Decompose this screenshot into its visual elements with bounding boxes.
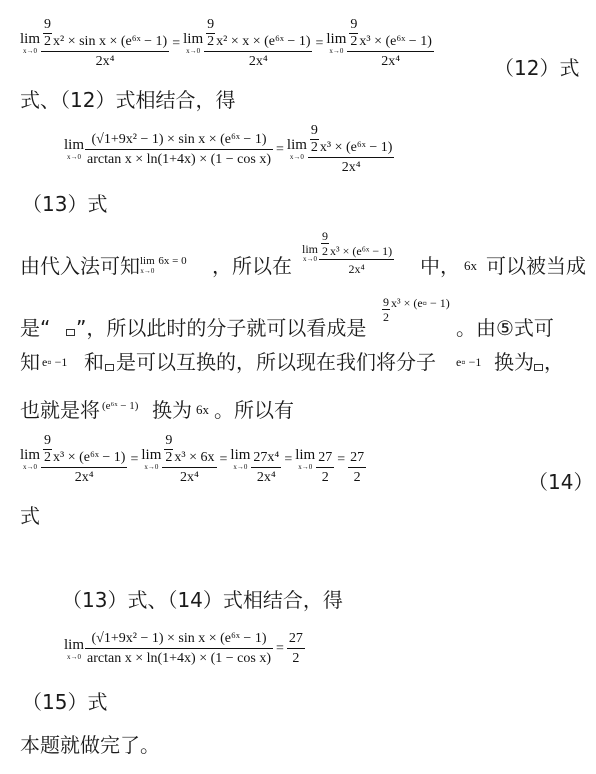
fraction: 92x³ × (e⁶ˣ − 1) 2x⁴ — [347, 18, 433, 69]
paragraph-line-1: 由代入法可知 limx→0 6x = 0 ，所以在 limx→0 92x³ × … — [20, 230, 590, 286]
text-line: 式、（12）式相结合，得 — [20, 88, 235, 112]
equation-tag-12: （12）式 — [494, 52, 579, 81]
placeholder-box — [66, 329, 75, 336]
limit-operator: limx→0 — [20, 32, 40, 55]
placeholder-box — [534, 364, 543, 371]
placeholder-box — [105, 364, 114, 371]
paragraph-line-2: 是“ ”，所以此时的分子就可以看成是 92 x³ × (e▫ − 1) 。由⑤式… — [20, 296, 590, 346]
equation-12: limx→0 92x² × sin x × (e⁶ˣ − 1) 2x⁴ = li… — [20, 18, 434, 69]
equation-tag-14-suffix: 式 — [20, 504, 40, 528]
equation-tag-14: （14） — [528, 466, 593, 495]
text-line: （13）式、（14）式相结合，得 — [62, 588, 343, 612]
paragraph-line-4: 也就是将 (e⁶ˣ − 1) 换为 6x 。所以有 — [20, 398, 590, 428]
equation-14: limx→0 92x³ × (e⁶ˣ − 1) 2x⁴ = limx→0 92x… — [20, 434, 366, 485]
fraction: 92x² × sin x × (e⁶ˣ − 1) 2x⁴ — [41, 18, 169, 69]
equation-15: limx→0 (√1+9x² − 1) × sin x × (e⁶ˣ − 1)a… — [64, 632, 305, 666]
equation-tag-15: （15）式 — [22, 690, 107, 714]
fraction: 92x² × x × (e⁶ˣ − 1) 2x⁴ — [204, 18, 312, 69]
equation-tag-13: （13）式 — [22, 192, 107, 216]
equation-13: limx→0 (√1+9x² − 1) × sin x × (e⁶ˣ − 1)a… — [64, 124, 394, 175]
conclusion-text: 本题就做完了。 — [20, 733, 160, 757]
paragraph-line-3: 知 e▫ −1 和 是可以互换的，所以现在我们将分子 e▫ −1 换为 ， — [20, 350, 590, 380]
